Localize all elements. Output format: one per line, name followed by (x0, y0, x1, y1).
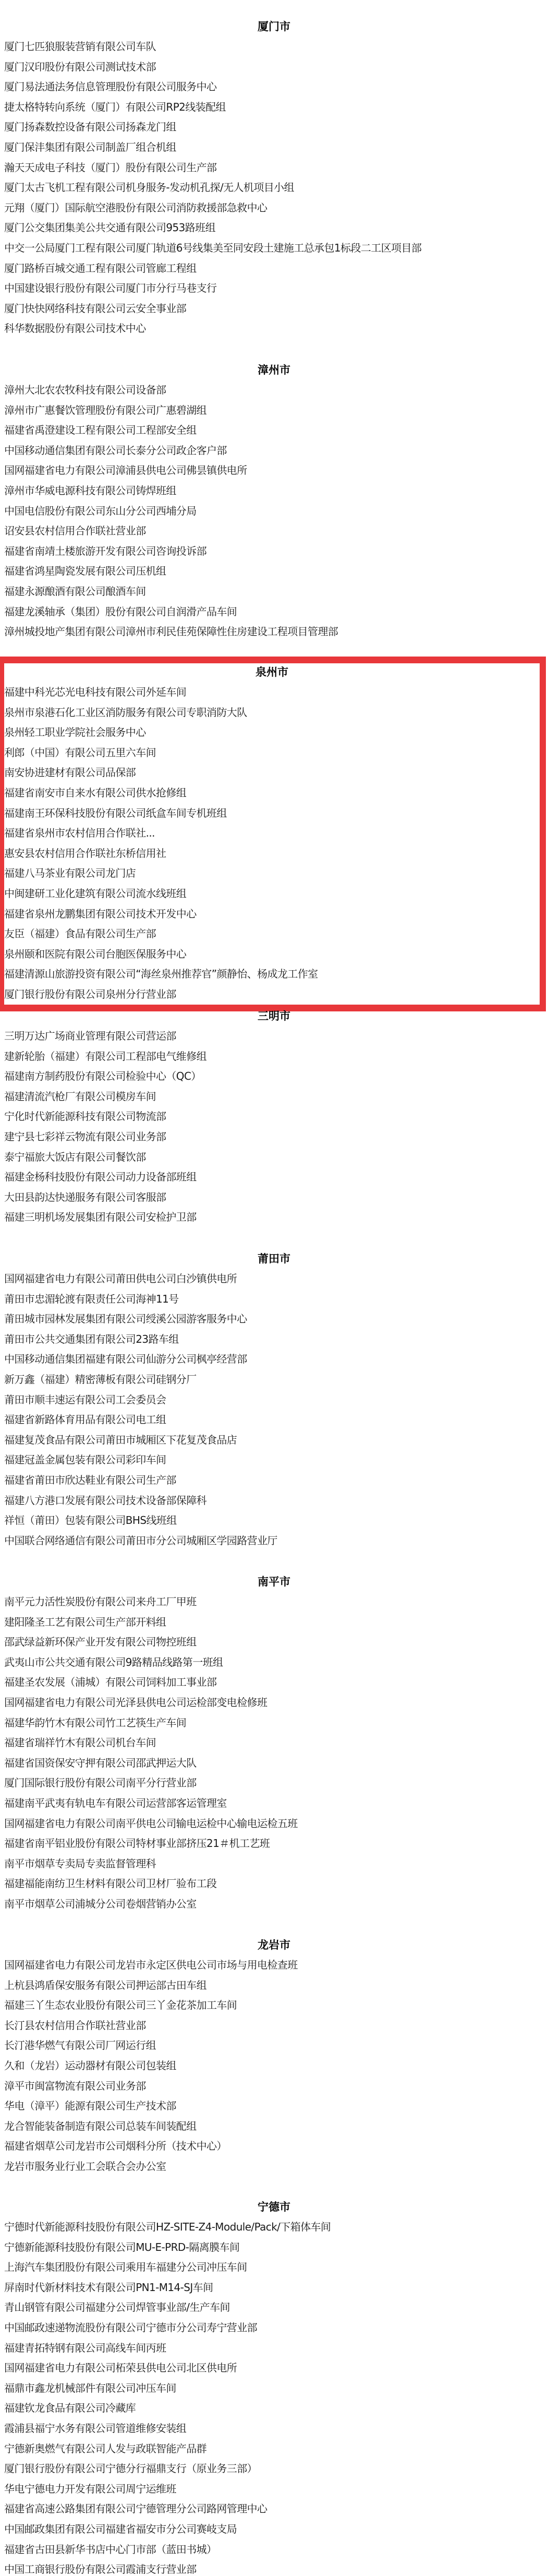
organization-item: 福建三明机场发展集团有限公司安检护卫部 (0, 1207, 548, 1227)
organization-item: 中国电信股份有限公司东山分公司西埔分局 (0, 501, 548, 521)
organization-item: 漳平市闽富物流有限公司业务部 (0, 2076, 548, 2096)
organization-item: 诏安县农村信用合作联社营业部 (0, 521, 548, 541)
organization-item: 福建省烟草公司龙岩市公司烟科分所（技术中心） (0, 2136, 548, 2156)
organization-item: 中国工商银行股份有限公司霞浦支行营业部 (0, 2559, 548, 2576)
organization-item: 宁化时代新能源科技有限公司物流部 (0, 1106, 548, 1127)
organization-item: 福建青拓特钢有限公司高线车间丙班 (0, 2338, 548, 2358)
organization-item: 青山钢管有限公司福建分公司焊管事业部/生产车间 (0, 2297, 548, 2318)
organization-item: 久和（龙岩）运动器材有限公司包装组 (0, 2056, 548, 2076)
organization-item: 福建中科光芯光电科技有限公司外延车间 (4, 682, 540, 702)
organization-item: 莆田市公共交通集团有限公司23路车组 (0, 1329, 548, 1350)
organization-item: 瀚天天成电子科技（厦门）股份有限公司生产部 (0, 158, 548, 178)
organization-item: 厦门太古飞机工程有限公司机身服务-发动机孔探/无人机项目小组 (0, 177, 548, 198)
organization-list: 漳州大北农农牧科技有限公司设备部漳州市广惠餐饮管理股份有限公司广惠碧湖组福建省禹… (0, 380, 548, 642)
organization-item: 中国邮政速递物流股份有限公司宁德市分公司寿宁营业部 (0, 2318, 548, 2338)
organization-item: 福建南王环保科技股份有限公司纸盒车间专机班组 (4, 803, 540, 824)
organization-item: 龙合智能装备制造有限公司总装车间装配组 (0, 2116, 548, 2137)
city-heading: 泉州市 (4, 665, 540, 679)
organization-item: 宁德新奥燃气有限公司人发与政联智能产品群 (0, 2439, 548, 2459)
city-section: 龙岩市国网福建省电力有限公司龙岩市永定区供电公司市场与用电检查班上杭县鸿盾保安服… (0, 1938, 548, 2177)
organization-item: 泉州轻工职业学院社会服务中心 (4, 722, 540, 743)
organization-list: 南平元力活性炭股份有限公司来舟工厂甲班建阳隆圣工艺有限公司生产部开料组邵武绿益新… (0, 1592, 548, 1914)
organization-list: 福建中科光芯光电科技有限公司外延车间泉州市泉港石化工业区消防服务有限公司专职消防… (4, 682, 540, 1005)
city-heading: 莆田市 (0, 1252, 548, 1266)
organization-item: 福建省鸿星陶瓷发展有限公司压机组 (0, 561, 548, 581)
organization-item: 福建清源山旅游投资有限公司“海丝泉州推荐官”颜静怡、杨成龙工作室 (4, 964, 540, 984)
organization-list: 三明万达广场商业管理有限公司营运部建新轮胎（福建）有限公司工程部电气维修组福建南… (0, 1026, 548, 1227)
organization-item: 福鼎市鑫龙机械部件有限公司冲压车间 (0, 2378, 548, 2399)
organization-item: 福建龙溪轴承（集团）股份有限公司自润滑产品车间 (0, 602, 548, 622)
organization-item: 长汀港华燃气有限公司厂网运行组 (0, 2035, 548, 2056)
city-section: 宁德市宁德时代新能源科技股份有限公司HZ-SITE-Z4-Module/Pack… (0, 2200, 548, 2576)
organization-item: 三明万达广场商业管理有限公司营运部 (0, 1026, 548, 1046)
organization-item: 国网福建省电力有限公司光泽县供电公司运检部变电检修班 (0, 1692, 548, 1713)
organization-item: 福建省国资保安守押有限公司邵武押运大队 (0, 1753, 548, 1773)
organization-item: 利郎（中国）有限公司五里六车间 (4, 743, 540, 763)
organization-item: 福建省禹澄建设工程有限公司工程部安全组 (0, 420, 548, 440)
organization-item: 国网福建省电力有限公司龙岩市永定区供电公司市场与用电检查班 (0, 1955, 548, 1975)
organization-item: 福建金杨科技股份有限公司动力设备部班组 (0, 1167, 548, 1187)
organization-item: 科华数据股份有限公司技术中心 (0, 318, 548, 339)
organization-item: 厦门保沣集团有限公司制盖厂组合机组 (0, 137, 548, 158)
organization-item: 福建省古田县新华书店中心门市部（蓝田书城） (0, 2539, 548, 2560)
organization-item: 福建冠盖金属包装有限公司彩印车间 (0, 1450, 548, 1470)
organization-item: 福建南方制药股份有限公司检验中心（QC） (0, 1066, 548, 1087)
city-section: 三明市三明万达广场商业管理有限公司营运部建新轮胎（福建）有限公司工程部电气维修组… (0, 1009, 548, 1227)
organization-item: 福建复茂食品有限公司莆田市城厢区下花复茂食品店 (0, 1430, 548, 1450)
organization-item: 福建八马茶业有限公司龙门店 (4, 863, 540, 884)
organization-item: 中国邮政集团有限公司福建省福安市分公司赛岐支局 (0, 2519, 548, 2539)
organization-item: 福建省莆田市欣达鞋业有限公司生产部 (0, 1470, 548, 1490)
organization-item: 屏南时代新材料技术有限公司PN1-M14-SJ车间 (0, 2277, 548, 2298)
organization-item: 武夷山市公共交通有限公司9路精品线路第一班组 (0, 1652, 548, 1673)
city-heading: 三明市 (0, 1009, 548, 1023)
organization-item: 宁德时代新能源科技股份有限公司HZ-SITE-Z4-Module/Pack/下箱… (0, 2217, 548, 2237)
organization-item: 中交一公局厦门工程有限公司厦门轨道6号线集美至同安段土建施工总承包1标段二工区项… (0, 238, 548, 258)
organization-item: 国网福建省电力有限公司漳浦县供电公司佛昙镇供电所 (0, 460, 548, 481)
organization-item: 福建华韵竹木有限公司竹工艺筷生产车间 (0, 1713, 548, 1733)
organization-item: 宁德新能源科技股份有限公司MU-E-PRD-隔离膜车间 (0, 2237, 548, 2258)
organization-item: 南平市烟草专卖局专卖监督管理科 (0, 1854, 548, 1874)
organization-item: 福建省泉州市农村信用合作联社... (4, 823, 540, 843)
city-heading: 厦门市 (0, 20, 548, 33)
organization-item: 厦门七匹狼服装营销有限公司车队 (0, 37, 548, 57)
organization-item: 龙岩市服务业行业工会联合会办公室 (0, 2156, 548, 2177)
organization-item: 建宁县七彩祥云物流有限公司业务部 (0, 1127, 548, 1147)
organization-list: 国网福建省电力有限公司莆田供电公司白沙镇供电所莆田市忠湄轮渡有限责任公司海神11… (0, 1269, 548, 1551)
organization-item: 厦门易法通法务信息管理股份有限公司服务中心 (0, 77, 548, 97)
organization-item: 捷太格特转向系统（厦门）有限公司RP2线装配组 (0, 97, 548, 117)
organization-item: 福建省南安市自来水有限公司供水抢修组 (4, 783, 540, 803)
organization-item: 福建八方港口发展有限公司技术设备部保障科 (0, 1490, 548, 1511)
organization-item: 泰宁福旅大饭店有限公司餐饮部 (0, 1147, 548, 1167)
organization-item: 漳州市广惠餐饮管理股份有限公司广惠碧湖组 (0, 400, 548, 421)
organization-item: 南安协进建材有限公司品保部 (4, 762, 540, 783)
organization-item: 建阳隆圣工艺有限公司生产部开料组 (0, 1612, 548, 1632)
organization-item: 国网福建省电力有限公司柘荣县供电公司北区供电所 (0, 2358, 548, 2378)
organization-item: 福建福能南纺卫生材料有限公司卫材厂验布工段 (0, 1874, 548, 1894)
organization-item: 友臣（福建）食品有限公司生产部 (4, 924, 540, 944)
organization-item: 霞浦县福宁水务有限公司管道维修安装组 (0, 2418, 548, 2439)
organization-item: 长汀县农村信用合作联社营业部 (0, 2016, 548, 2036)
organization-item: 中国联合网络通信有限公司莆田市分公司城厢区学园路营业厅 (0, 1531, 548, 1551)
organization-item: 福建省南靖土楼旅游开发有限公司咨询投诉部 (0, 541, 548, 562)
organization-item: 中国移动通信集团有限公司长泰分公司政企客户部 (0, 440, 548, 461)
organization-item: 惠安县农村信用合作联社东桥信用社 (4, 843, 540, 864)
city-heading: 龙岩市 (0, 1938, 548, 1952)
organization-item: 莆田城市园林发展集团有限公司绶溪公园游客服务中心 (0, 1309, 548, 1329)
organization-item: 莆田市顺丰速运有限公司工会委员会 (0, 1390, 548, 1410)
city-section-highlighted: 泉州市福建中科光芯光电科技有限公司外延车间泉州市泉港石化工业区消防服务有限公司专… (0, 657, 546, 1011)
organization-item: 泉州颐和医院有限公司台胞医保服务中心 (4, 944, 540, 964)
city-section: 厦门市厦门七匹狼服装营销有限公司车队厦门汉印股份有限公司测试技术部厦门易法通法务… (0, 20, 548, 339)
organization-item: 福建清流汽枪厂有限公司模房车间 (0, 1087, 548, 1107)
organization-item: 厦门扬森数控设备有限公司扬森龙门组 (0, 117, 548, 137)
organization-item: 泉州市泉港石化工业区消防服务有限公司专职消防大队 (4, 702, 540, 723)
organization-item: 福建三丫生态农业股份有限公司三丫金花茶加工车间 (0, 1995, 548, 2016)
organization-item: 福建省瑞祥竹木有限公司机台车间 (0, 1733, 548, 1753)
organization-list: 国网福建省电力有限公司龙岩市永定区供电公司市场与用电检查班上杭县鸿盾保安服务有限… (0, 1955, 548, 2177)
organization-item: 厦门汉印股份有限公司测试技术部 (0, 57, 548, 77)
organization-item: 漳州市华威电源科技有限公司铸焊班组 (0, 481, 548, 501)
organization-item: 华电宁德电力开发有限公司周宁运维班 (0, 2479, 548, 2499)
organization-item: 上海汽车集团股份有限公司乘用车福建分公司冲压车间 (0, 2257, 548, 2277)
organization-item: 建新轮胎（福建）有限公司工程部电气维修组 (0, 1046, 548, 1067)
organization-item: 福建永源酿酒有限公司酿酒车间 (0, 581, 548, 602)
organization-item: 元翔（厦门）国际航空港股份有限公司消防救援部急救中心 (0, 198, 548, 218)
city-section: 南平市南平元力活性炭股份有限公司来舟工厂甲班建阳隆圣工艺有限公司生产部开料组邵武… (0, 1575, 548, 1914)
organization-item: 福建省南平铝业股份有限公司特材事业部挤压21＃机工艺班 (0, 1833, 548, 1854)
organization-item: 南平元力活性炭股份有限公司来舟工厂甲班 (0, 1592, 548, 1612)
organization-item: 厦门银行股份有限公司宁德分行福鼎支行（原业务三部） (0, 2459, 548, 2479)
organization-item: 福建南平武夷有轨电车有限公司运营部客运管理室 (0, 1793, 548, 1814)
organization-item: 漳州城投地产集团有限公司漳州市利民佳苑保障性住房建设工程项目管理部 (0, 622, 548, 642)
organization-item: 国网福建省电力有限公司南平供电公司输电运检中心输电运检五班 (0, 1814, 548, 1834)
city-heading: 南平市 (0, 1575, 548, 1589)
organization-item: 福建钦龙食品有限公司冷藏库 (0, 2398, 548, 2418)
organization-item: 厦门国际银行股份有限公司南平分行营业部 (0, 1773, 548, 1793)
organization-item: 新万鑫（福建）精密薄板有限公司硅钢分厂 (0, 1369, 548, 1390)
organization-list: 宁德时代新能源科技股份有限公司HZ-SITE-Z4-Module/Pack/下箱… (0, 2217, 548, 2576)
city-section: 漳州市漳州大北农农牧科技有限公司设备部漳州市广惠餐饮管理股份有限公司广惠碧湖组福… (0, 363, 548, 642)
city-section: 莆田市国网福建省电力有限公司莆田供电公司白沙镇供电所莆田市忠湄轮渡有限责任公司海… (0, 1252, 548, 1551)
organization-item: 大田县韵达快递服务有限公司客服部 (0, 1187, 548, 1208)
organization-item: 中闽建研工业化建筑有限公司流水线班组 (4, 884, 540, 904)
organization-item: 祥恒（莆田）包装有限公司BHS线班组 (0, 1510, 548, 1531)
organization-item: 中国建设银行股份有限公司厦门市分行马巷支行 (0, 278, 548, 299)
organization-item: 国网福建省电力有限公司莆田供电公司白沙镇供电所 (0, 1269, 548, 1289)
city-heading: 宁德市 (0, 2200, 548, 2214)
organization-item: 上杭县鸿盾保安服务有限公司押运部古田车组 (0, 1975, 548, 1996)
organization-item: 南平市烟草公司浦城分公司卷烟营销办公室 (0, 1894, 548, 1914)
city-heading: 漳州市 (0, 363, 548, 377)
organization-item: 中国移动通信集团福建有限公司仙游分公司枫亭经营部 (0, 1349, 548, 1369)
organization-item: 华电（漳平）能源有限公司生产技术部 (0, 2096, 548, 2116)
organization-item: 厦门银行股份有限公司泉州分行营业部 (4, 984, 540, 1005)
organization-item: 莆田市忠湄轮渡有限责任公司海神11号 (0, 1289, 548, 1309)
organization-item: 厦门公交集团集美公共交通有限公司953路班组 (0, 218, 548, 238)
organization-item: 福建圣农发展（浦城）有限公司饲料加工事业部 (0, 1672, 548, 1692)
organization-item: 漳州大北农农牧科技有限公司设备部 (0, 380, 548, 400)
organization-item: 福建省高速公路集团有限公司宁德管理分公司路网管理中心 (0, 2499, 548, 2519)
organization-item: 厦门快快网络科技有限公司云安全事业部 (0, 299, 548, 319)
organization-item: 福建省新路体育用品有限公司电工组 (0, 1410, 548, 1430)
organization-item: 邵武绿益新环保产业开发有限公司物控班组 (0, 1632, 548, 1652)
organization-list: 厦门七匹狼服装营销有限公司车队厦门汉印股份有限公司测试技术部厦门易法通法务信息管… (0, 37, 548, 339)
organization-item: 福建省泉州龙鹏集团有限公司技术开发中心 (4, 904, 540, 924)
organization-item: 厦门路桥百城交通工程有限公司管廊工程组 (0, 258, 548, 279)
